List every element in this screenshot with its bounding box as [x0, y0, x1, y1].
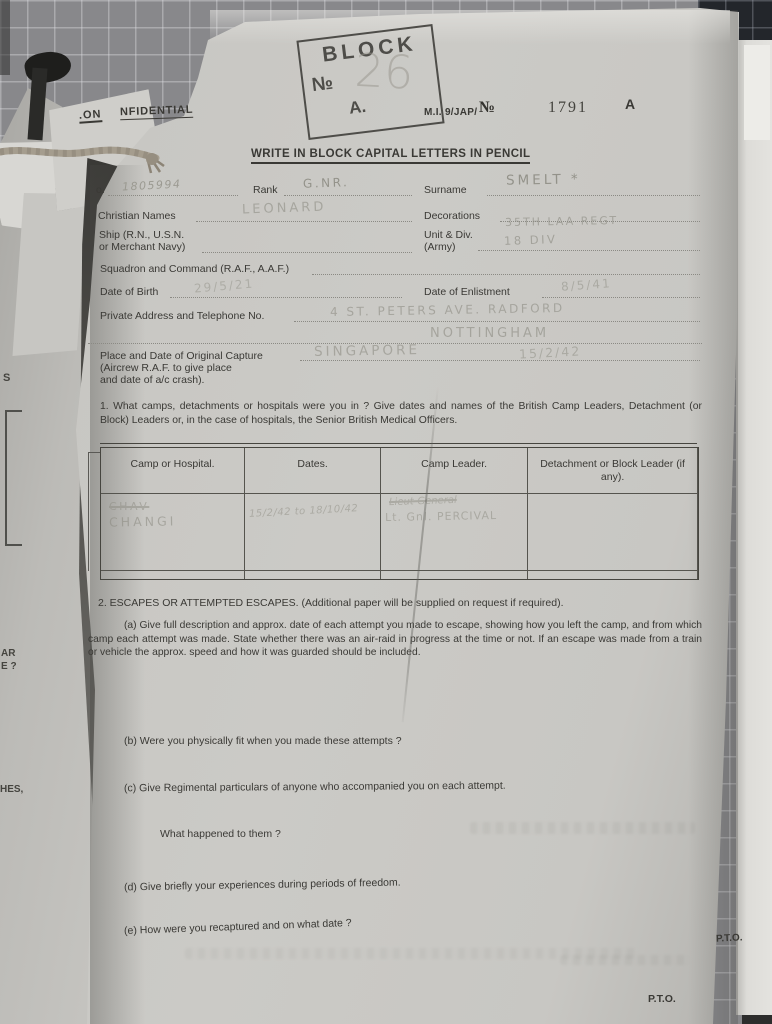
twine-string	[0, 134, 185, 180]
confidential-torn-fragment: .ON	[79, 108, 102, 124]
serial-no-symbol: №	[479, 99, 495, 117]
margin-fragment-ar: AR	[1, 648, 15, 659]
dob-label: Date of Birth	[100, 286, 158, 298]
dob-line	[170, 297, 402, 298]
table-col-detachment: Detachment or Block Leader (if any).	[528, 448, 698, 579]
instruction-title: WRITE IN BLOCK CAPITAL LETTERS IN PENCIL	[251, 148, 530, 164]
stamp-pencil-number: 26	[353, 43, 414, 100]
mat-dark-sliver-left	[0, 0, 10, 75]
table-col-camp: Camp or Hospital. CHAV CHANGI	[101, 448, 245, 579]
confidential-label: NFIDENTIAL	[120, 104, 194, 121]
capture-place-value: SINGAPORE	[314, 342, 420, 360]
christian-names-line	[196, 221, 412, 222]
ship-label-line1: Ship (R.N., U.S.N.	[99, 229, 184, 241]
stamp-no-symbol: №	[311, 73, 335, 97]
capture-label-line1: Place and Date of Original Capture	[100, 350, 263, 362]
ship-label-line2: or Merchant Navy)	[99, 241, 185, 253]
page-top-highlight	[210, 10, 730, 44]
margin-fragment-s: S	[3, 372, 10, 384]
table-header-detachment: Detachment or Block Leader (if any).	[528, 448, 697, 494]
enlistment-line	[542, 297, 700, 298]
surname-line	[487, 195, 700, 196]
table-col-dates: Dates. 15/2/42 to 18/10/42	[245, 448, 381, 579]
squadron-label: Squadron and Command (R.A.F., A.A.F.)	[100, 263, 289, 275]
section-2-heading: 2. ESCAPES OR ATTEMPTED ESCAPES. (Additi…	[98, 597, 564, 609]
address-label: Private Address and Telephone No.	[100, 310, 264, 322]
enlistment-label: Date of Enlistment	[424, 286, 510, 298]
pto-label-right: P.T.O.	[716, 932, 743, 944]
serial-letter: A	[625, 96, 635, 112]
capture-line	[300, 360, 700, 361]
pto-label-bottom: P.T.O.	[648, 993, 676, 1005]
christian-names-label: Christian Names	[98, 210, 176, 222]
unit-regiment-value: 35TH LAA REGT	[505, 214, 618, 229]
table-top-rule	[100, 443, 697, 444]
rank-value: G.NR.	[303, 175, 350, 191]
rank-line	[284, 195, 412, 196]
camp-struck-value: CHAV	[109, 500, 149, 513]
table-inner-bottom-rule	[101, 570, 698, 571]
mi9-reference: M.I. 9/JAP/	[424, 107, 477, 118]
decorations-label: Decorations	[424, 210, 480, 222]
table-col-leader: Camp Leader. Lieut-General Lt. Gnl. PERC…	[381, 448, 528, 579]
camps-table: Camp or Hospital. CHAV CHANGI Dates. 15/…	[100, 447, 699, 580]
table-header-camp: Camp or Hospital.	[101, 448, 244, 494]
address-value-line2: NOTTINGHAM	[430, 326, 549, 341]
question-1-text: 1. What camps, detachments or hospitals …	[100, 400, 702, 427]
leader-struck-value: Lieut-General	[389, 495, 457, 508]
underlying-sheet-right	[736, 40, 772, 1015]
service-no-label: o.	[96, 184, 105, 196]
service-no-line	[108, 195, 238, 196]
table-header-dates: Dates.	[245, 448, 380, 494]
section-2-item-c2: What happened to them ?	[160, 828, 281, 840]
surname-label: Surname	[424, 184, 467, 196]
photographed-document-scene: .ON NFIDENTIAL BLOCK № A. 26 M.I. 9/JAP/…	[0, 0, 772, 1024]
margin-bracket-mark-2	[88, 452, 100, 571]
block-number-stamp: BLOCK № A. 26	[296, 24, 444, 140]
unit-div-label-line1: Unit & Div.	[424, 229, 473, 241]
unit-div-value: 18 DIV	[504, 232, 558, 248]
section-2-item-a: (a) Give full description and approx. da…	[88, 619, 702, 660]
stamp-letter-a: A.	[348, 97, 367, 119]
surname-value: SMELT *	[506, 171, 581, 188]
serial-number: 1791	[548, 99, 588, 117]
leader-value: Lt. Gnl. PERCIVAL	[385, 509, 497, 524]
ship-line	[202, 252, 412, 253]
address-line1	[294, 321, 700, 322]
section-2-item-b: (b) Were you physically fit when you mad…	[124, 735, 402, 747]
capture-label-line2: (Aircrew R.A.F. to give place	[100, 362, 232, 374]
bleed-through-smudge-3	[560, 955, 690, 965]
margin-fragment-e: E ?	[1, 661, 17, 672]
binder-shadow-blob	[22, 48, 73, 87]
table-header-leader: Camp Leader.	[381, 448, 527, 494]
christian-names-value: LEONARD	[242, 200, 327, 218]
camp-value: CHANGI	[109, 513, 177, 529]
margin-bracket-mark-1	[5, 410, 22, 546]
unit-div-line	[478, 250, 700, 251]
dates-value: 15/2/42 to 18/10/42	[249, 503, 359, 520]
squadron-line	[312, 274, 700, 275]
rank-label: Rank	[253, 184, 278, 196]
bleed-through-smudge-1	[470, 822, 695, 834]
unit-div-label-line2: (Army)	[424, 241, 456, 253]
underlying-sheet-right-highlight	[744, 45, 770, 140]
capture-label-line3: and date of a/c crash).	[100, 374, 204, 386]
margin-fragment-hes: HES,	[0, 784, 23, 795]
